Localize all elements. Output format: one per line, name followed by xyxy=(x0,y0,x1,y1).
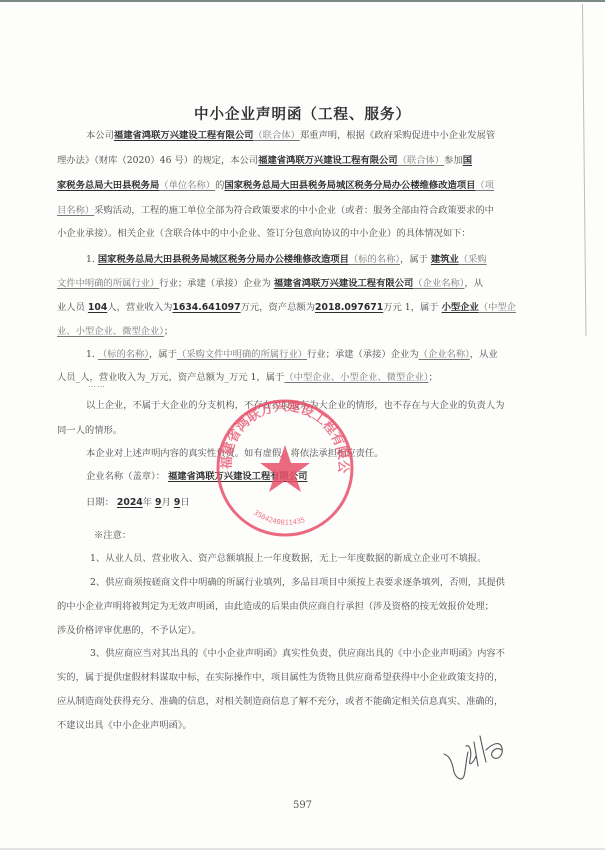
unit-name-field: 家税务总局大田县税务局 xyxy=(57,180,159,191)
text: 郑重声明，根据《政府采购促进中小企业发展管 xyxy=(300,130,495,141)
text: ，属于 xyxy=(400,254,428,265)
text: 日 xyxy=(180,497,189,508)
text: 月 xyxy=(162,497,171,508)
text: （联合体） xyxy=(253,130,300,141)
note-line: 3、供应商应当对其出具的《中小企业声明函》真实性负责，供应商出具的《中小企业声明… xyxy=(90,648,590,660)
text: 企业名称（盖章）： xyxy=(86,471,165,482)
note-line: 1、从业人员、营业收入、资产总额填报上一年度数据，无上一年度数据的新成立企业可不… xyxy=(90,553,590,565)
text: ，从 xyxy=(464,278,483,289)
para1-line2: 理办法》（财库（2020）46 号）的规定，本公司福建省鸿联万兴建设工程有限公司… xyxy=(57,155,557,167)
text: ，属于 xyxy=(149,349,177,360)
text: 日期： xyxy=(86,497,114,508)
para1-line4: 目名称）采购活动，工程的施工单位全部为符合政策要求的中小企业（或者：服务全部由符… xyxy=(57,205,557,217)
ellipsis: …… xyxy=(88,380,106,389)
date-year-field: 2024 xyxy=(117,497,143,508)
company-name-field: 福建省鸿联万兴建设工程有限公司 xyxy=(274,278,413,289)
text: 年 xyxy=(143,497,152,508)
note-line: 的中小企业声明将被判定为无效声明函，由此造成的后果由供应商自行承担（涉及资格的按… xyxy=(57,601,557,613)
note-line: 实的，属于提供虚假材料谋取中标，在实际操作中，项目属性为货物且供应商希望获得中小… xyxy=(57,672,557,684)
text: 理办法》（财库（2020）46 号）的规定，本公司 xyxy=(57,155,258,166)
company-seal-icon: 福建省鸿联万兴建设工程有限公司 3504240011435 xyxy=(214,397,356,539)
text: （项 xyxy=(475,180,494,191)
project-name-field: 国家税务总局大田县税务局城区税务分局办公楼维修改造项目 xyxy=(224,180,475,191)
text: （企业名称） xyxy=(413,278,464,289)
text: 文件中明确的所属行业） xyxy=(57,278,159,289)
text: 行业；承建（承接）企业为 xyxy=(159,278,271,289)
assets-field: 2018.097671 xyxy=(315,302,383,313)
item1-line4: 业、小型企业、微型企业）； xyxy=(57,326,557,338)
item-number: 1. xyxy=(86,349,95,360)
note-line: 2、供应商须按磋商文件中明确的所属行业填列，多品目项目中须按上表要求逐条填列，否… xyxy=(90,577,590,589)
text: 行业；承建（承接）企业为 xyxy=(307,349,419,360)
text: 万元 1，属于 xyxy=(383,302,438,313)
note-line: 应从制造商处获得充分、准确的信息，对相关制造商信息了解不充分，或者不能确定相关信… xyxy=(57,696,557,708)
text: （单位名称） xyxy=(159,180,215,191)
document-page: 中小企业声明函（工程、服务） 本公司福建省鸿联万兴建设工程有限公司（联合体）郑重… xyxy=(0,0,605,850)
text: 参加 xyxy=(444,155,463,166)
text: ； xyxy=(428,372,437,383)
para1-line5: 小企业承接）。相关企业（含联合体中的中小企业、签订分包意向协议的中小企业）的具体… xyxy=(57,228,557,240)
enterprise-size-field: 小型企业 xyxy=(442,302,479,313)
company-name-field: 福建省鸿联万兴建设工程有限公司 xyxy=(114,130,253,141)
text: （采购 xyxy=(459,254,487,265)
page-number: 597 xyxy=(0,800,605,811)
text: 采购活动，工程的施工单位全部为符合政策要求的中小企业（或者：服务全部由符合政策要… xyxy=(94,205,494,216)
text: ，从业 xyxy=(470,349,498,360)
para1-line1: 本公司福建省鸿联万兴建设工程有限公司（联合体）郑重声明，根据《政府采购促进中小企… xyxy=(86,130,586,142)
text: （企业名称） xyxy=(419,349,470,360)
text: （采购文件中明确的所属行业） xyxy=(177,349,307,360)
item1-line2: 文件中明确的所属行业）行业；承建（承接）企业为 福建省鸿联万兴建设工程有限公司（… xyxy=(57,278,557,290)
company-name-field: 福建省鸿联万兴建设工程有限公司 xyxy=(258,155,397,166)
text: 人，营业收入为 xyxy=(107,302,172,313)
text: 目名称） xyxy=(57,205,94,216)
text: （中型企 xyxy=(479,302,516,313)
text: 万元，资产总额为 xyxy=(241,302,315,313)
item-template-line2: 人员_人，营业收入为_万元，资产总额为_万元 1，属于（中型企业、小型企业、微型… xyxy=(57,372,557,384)
text: 本公司 xyxy=(86,130,114,141)
text: ； xyxy=(164,326,173,337)
document-title: 中小企业声明函（工程、服务） xyxy=(0,103,605,124)
revenue-field: 1634.641097 xyxy=(172,302,240,313)
item-template-line1: 1. （标的名称），属于（采购文件中明确的所属行业）行业；承建（承接）企业为（企… xyxy=(86,349,586,361)
note-line: 不建议出具《中小企业声明函》。 xyxy=(57,720,557,732)
para1-line3: 家税务总局大田县税务局（单位名称）的国家税务总局大田县税务局城区税务分局办公楼维… xyxy=(57,180,557,192)
text: （标的名称） xyxy=(349,254,400,265)
svg-text:3504240011435: 3504240011435 xyxy=(252,509,306,527)
industry-field: 建筑业 xyxy=(431,254,459,265)
text: （标的名称） xyxy=(98,349,149,360)
employees-field: 104 xyxy=(88,302,107,313)
handwritten-signature xyxy=(440,732,520,792)
text: （联合体） xyxy=(398,155,445,166)
note-line: 涉及价格评审优惠的，不予认定）。 xyxy=(57,625,557,637)
project-name-field: 国家税务总局大田县税务局城区税务分局办公楼维修改造项目 xyxy=(98,254,349,265)
text: 业人员 xyxy=(57,302,85,313)
item1-line1: 1. 国家税务总局大田县税务局城区税务分局办公楼维修改造项目（标的名称），属于 … xyxy=(86,254,586,266)
item-number: 1. xyxy=(86,254,95,265)
item1-line3: 业人员 104人，营业收入为1634.641097万元，资产总额为2018.09… xyxy=(57,302,557,314)
unit-name-field: 国 xyxy=(463,155,472,166)
text: 的 xyxy=(215,180,224,191)
text: （中型企业、小型企业、微型企业） xyxy=(284,372,428,383)
text: 业、小型企业、微型企业） xyxy=(57,326,164,337)
